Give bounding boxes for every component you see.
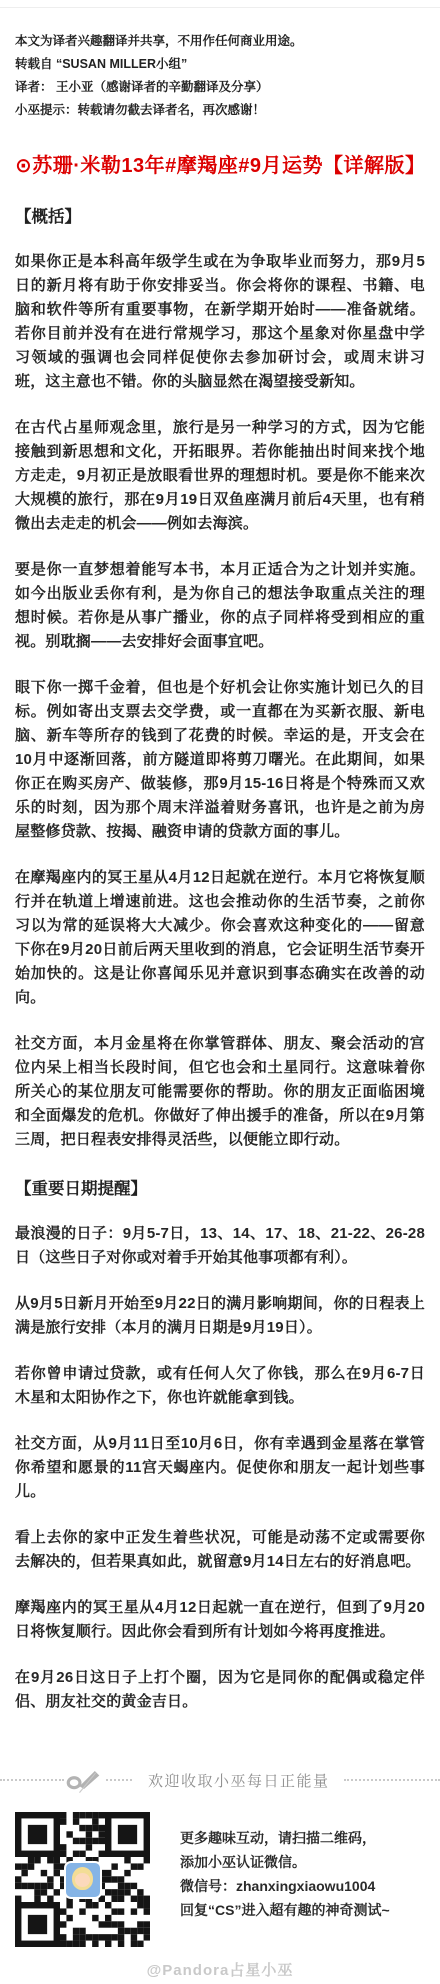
section-important-dates: 【重要日期提醒】 最浪漫的日子：9月5-7日，13、14、17、18、21-22… (15, 1178, 425, 1714)
date-item: 社交方面，从9月11日至10月6日，你有幸遇到金星落在掌管你希望和愿景的11宫天… (15, 1432, 425, 1504)
overview-paragraph: 在古代占星师观念里，旅行是另一种学习的方式，因为它能接触到新思想和文化，开拓眼界… (15, 416, 425, 536)
note-noncommercial: 本文为译者兴趣翻译并共享，不用作任何商业用途。 (15, 30, 425, 53)
section-heading-dates: 【重要日期提醒】 (15, 1178, 425, 1200)
translator-notes: 本文为译者兴趣翻译并共享，不用作任何商业用途。 转载自 “SUSAN MILLE… (15, 30, 425, 122)
article-title: ⊙苏珊·米勒13年#摩羯座#9月运势【详解版】 (15, 152, 425, 180)
divider-caption: 欢迎收取小巫每日正能量 (148, 1770, 330, 1791)
wechat-info-line: 添加小巫认证微信。 (180, 1850, 390, 1874)
note-tip: 小巫提示：转载请勿截去译者名，再次感谢！ (15, 99, 425, 122)
qr-code (15, 1812, 150, 1947)
wechat-reply-line: 回复“CS”进入超有趣的神奇测试~ (180, 1898, 390, 1922)
footer: 更多趣味互动，请扫描二维码， 添加小巫认证微信。 微信号：zhanxingxia… (15, 1812, 425, 1947)
dotted-line (0, 1779, 64, 1781)
date-item: 若你曾申请过贷款，或有任何人欠了你钱，那么在9月6-7日木星和太阳协作之下，你也… (15, 1362, 425, 1410)
overview-paragraph: 如果你正是本科高年级学生或在为争取毕业而努力，那9月5日的新月将有助于你安排妥当… (15, 250, 425, 394)
wechat-info: 更多趣味互动，请扫描二维码， 添加小巫认证微信。 微信号：zhanxingxia… (150, 1812, 390, 1922)
dotted-line (344, 1779, 440, 1781)
article-page: 本文为译者兴趣翻译并共享，不用作任何商业用途。 转载自 “SUSAN MILLE… (0, 0, 440, 1984)
date-item: 摩羯座内的冥王星从4月12日起就一直在逆行，但到了9月20日将恢复顺行。因此你会… (15, 1596, 425, 1644)
date-item: 从9月5日新月开始至9月22日的满月影响期间，你的日程表上满是旅行安排（本月的满… (15, 1292, 425, 1340)
date-item: 看上去你的家中正发生着些状况，可能是动荡不定或需要你去解决的，但若果真如此，就留… (15, 1526, 425, 1574)
girl-avatar (64, 1861, 102, 1899)
section-overview: 【概括】 如果你正是本科高年级学生或在为争取毕业而努力，那9月5日的新月将有助于… (15, 206, 425, 1152)
pen-icon (66, 1767, 102, 1793)
wechat-id-line: 微信号：zhanxingxiaowu1004 (180, 1874, 390, 1898)
overview-paragraph: 在摩羯座内的冥王星从4月12日起就在逆行。本月它将恢复顺行并在轨道上增速前进。这… (15, 866, 425, 1010)
date-item: 在9月26日这日子上打个圈，因为它是同你的配偶或稳定伴侣、朋友社交的黄金吉日。 (15, 1666, 425, 1714)
date-item: 最浪漫的日子：9月5-7日，13、14、17、18、21-22、26-28日（这… (15, 1222, 425, 1270)
overview-paragraph: 眼下你一掷千金着，但也是个好机会让你实施计划已久的目标。例如寄出支票去交学费，或… (15, 676, 425, 844)
footer-divider: 欢迎收取小巫每日正能量 (0, 1768, 440, 1792)
section-heading-overview: 【概括】 (15, 206, 425, 228)
overview-paragraph: 要是你一直梦想着能写本书，本月正适合为之计划并实施。如今出版业丢你有利，是为你自… (15, 558, 425, 654)
dotted-line (106, 1779, 132, 1781)
wechat-info-line: 更多趣味互动，请扫描二维码， (180, 1826, 390, 1850)
overview-paragraph: 社交方面，本月金星将在你掌管群体、朋友、聚会活动的宫位内呆上相当长段时间，但它也… (15, 1032, 425, 1152)
watermark: @Pandora占星小巫 (15, 1959, 425, 1980)
note-translator: 译者： 王小亚（感谢译者的辛勤翻译及分享） (15, 76, 425, 99)
note-source: 转载自 “SUSAN MILLER小组” (15, 53, 425, 76)
